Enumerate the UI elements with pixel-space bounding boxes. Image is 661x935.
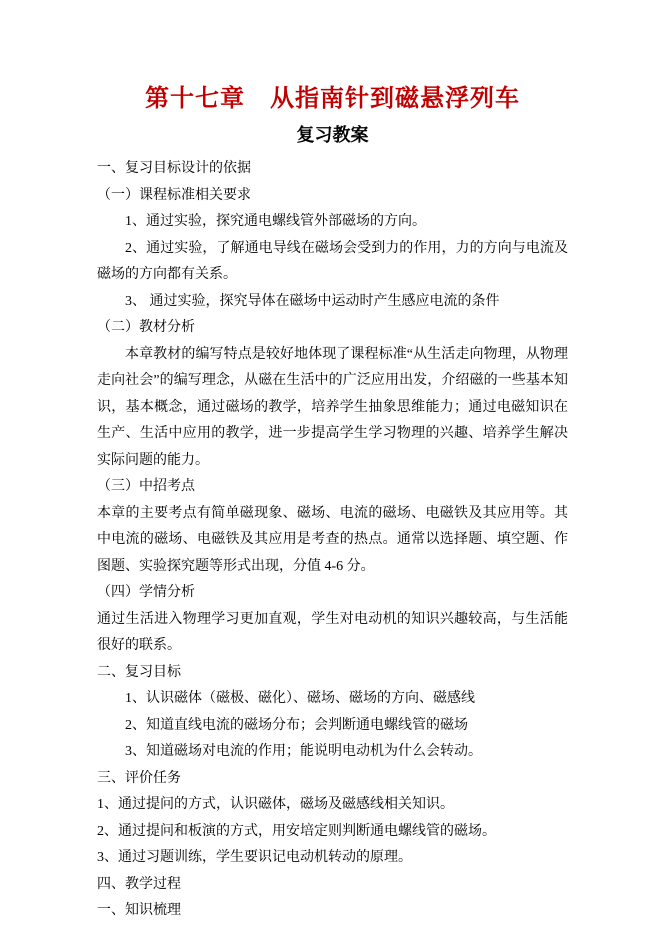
paragraph: 3、知道磁场对电流的作用；能说明电动机为什么会转动。 — [97, 739, 568, 766]
document-page: 第十七章 从指南针到磁悬浮列车 复习教案 一、复习目标设计的依据（一）课程标准相… — [0, 0, 661, 935]
paragraph: 3、 通过实验，探究导体在磁场中运动时产生感应电流的条件 — [97, 289, 568, 316]
paragraph: （四）学情分析 — [97, 580, 568, 607]
document-body: 一、复习目标设计的依据（一）课程标准相关要求1、通过实验，探究通电螺线管外部磁场… — [97, 156, 568, 925]
paragraph: 3、通过习题训练，学生要识记电动机转动的原理。 — [97, 845, 568, 872]
paragraph: 1、通过实验，探究通电螺线管外部磁场的方向。 — [97, 209, 568, 236]
paragraph: 2、通过实验，了解通电导线在磁场会受到力的作用，力的方向与电流及磁场的方向都有关… — [97, 236, 568, 289]
paragraph: 2、知道直线电流的磁场分布；会判断通电螺线管的磁场 — [97, 713, 568, 740]
paragraph: 本章教材的编写特点是较好地体现了课程标准“从生活走向物理，从物理走向社会”的编写… — [97, 342, 568, 475]
paragraph: 二、复习目标 — [97, 660, 568, 687]
paragraph: 1、认识磁体（磁极、磁化）、磁场、磁场的方向、磁感线 — [97, 686, 568, 713]
paragraph: 四、教学过程 — [97, 872, 568, 899]
paragraph: 通过生活进入物理学习更加直观，学生对电动机的知识兴趣较高，与生活能很好的联系。 — [97, 607, 568, 660]
paragraph: （二）教材分析 — [97, 315, 568, 342]
paragraph: 2、通过提问和板演的方式，用安培定则判断通电螺线管的磁场。 — [97, 819, 568, 846]
document-title: 第十七章 从指南针到磁悬浮列车 — [97, 82, 568, 116]
paragraph: （三）中招考点 — [97, 474, 568, 501]
paragraph: （一）课程标准相关要求 — [97, 183, 568, 210]
paragraph: 1、通过提问的方式，认识磁体，磁场及磁感线相关知识。 — [97, 792, 568, 819]
paragraph: 一、知识梳理 — [97, 898, 568, 925]
paragraph: 三、评价任务 — [97, 766, 568, 793]
paragraph: 本章的主要考点有简单磁现象、磁场、电流的磁场、电磁铁及其应用等。其中电流的磁场、… — [97, 501, 568, 581]
document-subtitle: 复习教案 — [97, 120, 568, 150]
paragraph: 一、复习目标设计的依据 — [97, 156, 568, 183]
